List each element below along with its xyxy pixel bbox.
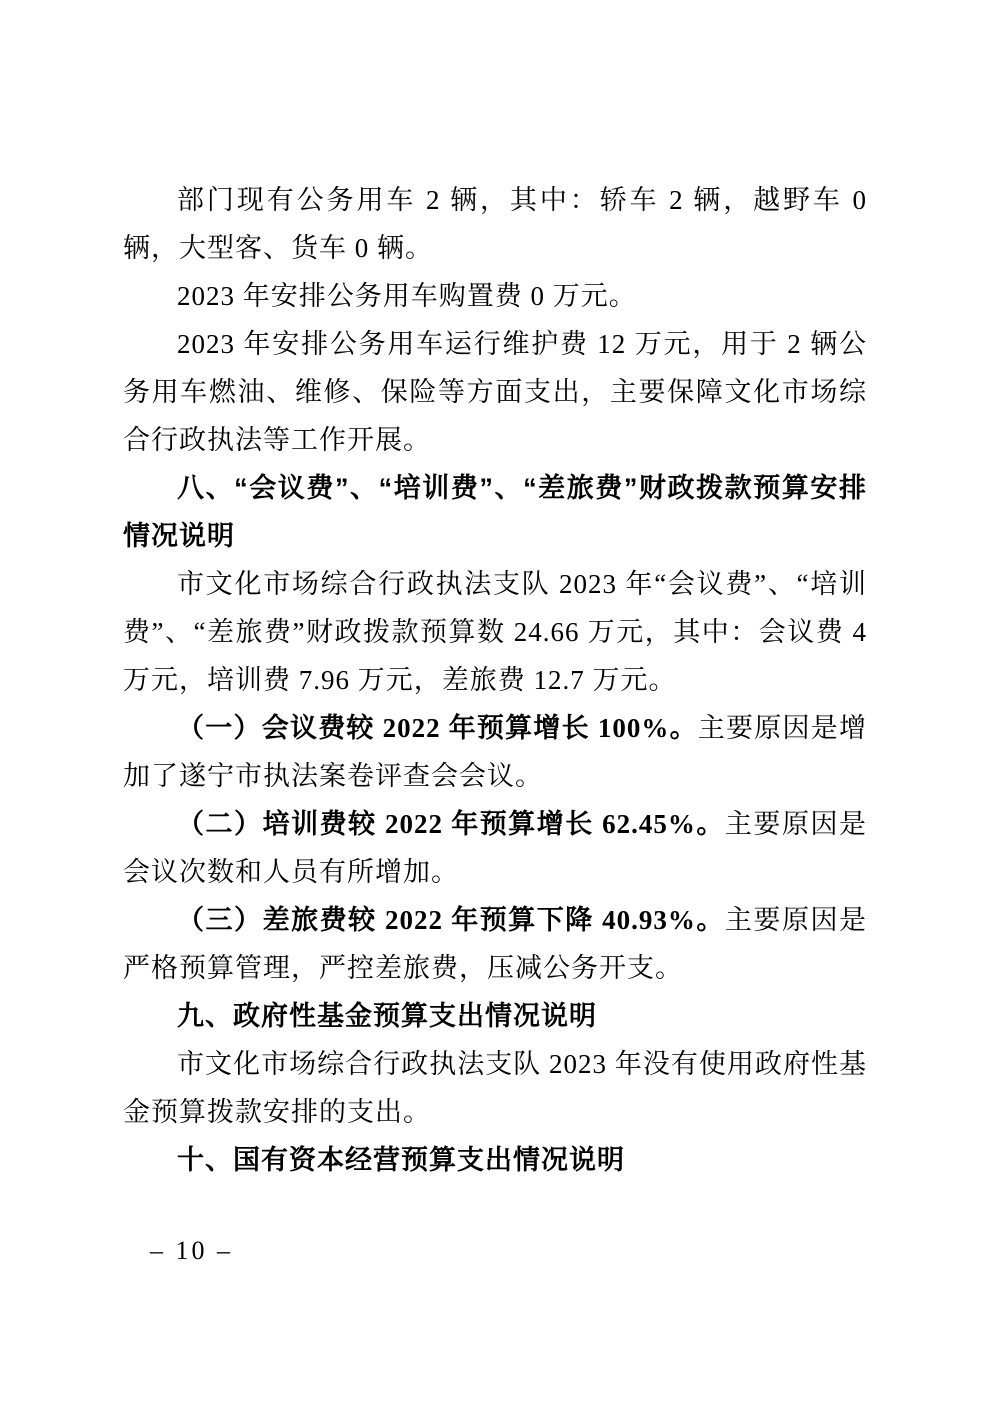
paragraph-meeting-fee-change: （一）会议费较 2022 年预算增长 100%。主要原因是增加了遂宁市执法案卷评… — [123, 704, 867, 800]
paragraph-meeting-fee-lead: （一）会议费较 2022 年预算增长 100%。 — [177, 713, 698, 743]
paragraph-official-vehicles: 部门现有公务用车 2 辆，其中：轿车 2 辆，越野车 0 辆，大型客、货车 0 … — [123, 176, 867, 272]
document-page: 部门现有公务用车 2 辆，其中：轿车 2 辆，越野车 0 辆，大型客、货车 0 … — [0, 0, 992, 1403]
paragraph-three-fees-budget: 市文化市场综合行政执法支队 2023 年“会议费”、“培训费”、“差旅费”财政拨… — [123, 560, 867, 704]
paragraph-training-fee-lead: （二）培训费较 2022 年预算增长 62.45%。 — [177, 809, 725, 839]
document-content: 部门现有公务用车 2 辆，其中：轿车 2 辆，越野车 0 辆，大型客、货车 0 … — [123, 176, 867, 1184]
paragraph-gov-fund-statement: 市文化市场综合行政执法支队 2023 年没有使用政府性基金预算拨款安排的支出。 — [123, 1040, 867, 1136]
paragraph-vehicle-purchase-fee: 2023 年安排公务用车购置费 0 万元。 — [123, 272, 867, 320]
paragraph-travel-fee-lead: （三）差旅费较 2022 年预算下降 40.93%。 — [177, 905, 725, 935]
heading-section-8-three-fees: 八、“会议费”、“培训费”、“差旅费”财政拨款预算安排情况说明 — [123, 464, 867, 560]
page-number: – 10 – — [150, 1236, 233, 1266]
paragraph-travel-fee-change: （三）差旅费较 2022 年预算下降 40.93%。主要原因是严格预算管理，严控… — [123, 896, 867, 992]
paragraph-vehicle-maintenance-fee: 2023 年安排公务用车运行维护费 12 万元，用于 2 辆公务用车燃油、维修、… — [123, 320, 867, 464]
paragraph-training-fee-change: （二）培训费较 2022 年预算增长 62.45%。主要原因是会议次数和人员有所… — [123, 800, 867, 896]
heading-section-10-state-capital: 十、国有资本经营预算支出情况说明 — [123, 1136, 867, 1184]
heading-section-9-gov-fund: 九、政府性基金预算支出情况说明 — [123, 992, 867, 1040]
